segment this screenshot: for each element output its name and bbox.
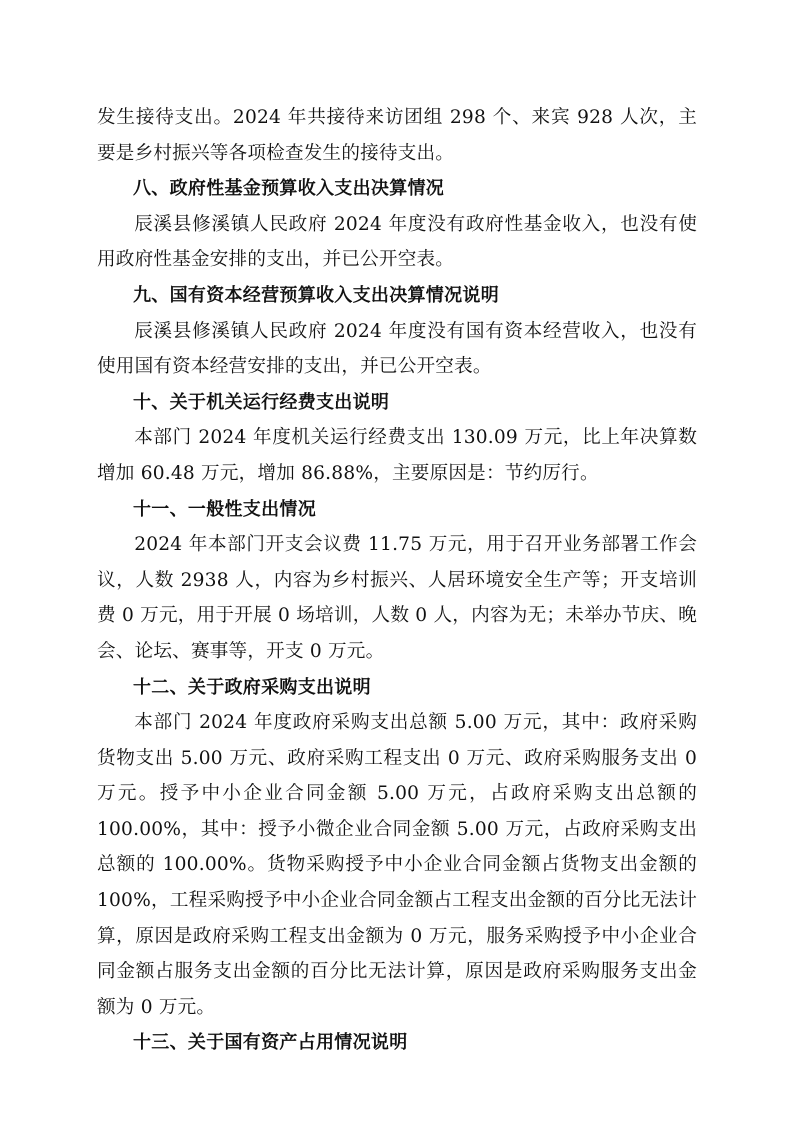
heading-operating-expenses: 十、关于机关运行经费支出说明: [97, 385, 697, 421]
document-page: 发生接待支出。2024 年共接待来访团组 298 个、来宾 928 人次，主要是…: [97, 100, 697, 1061]
paragraph-reception-expenses: 发生接待支出。2024 年共接待来访团组 298 个、来宾 928 人次，主要是…: [97, 100, 697, 171]
heading-general-expenditure: 十一、一般性支出情况: [97, 492, 697, 528]
paragraph-state-capital-budget: 辰溪县修溪镇人民政府 2024 年度没有国有资本经营收入，也没有使用国有资本经营…: [97, 314, 697, 385]
heading-state-assets: 十三、关于国有资产占用情况说明: [97, 1025, 697, 1061]
heading-government-procurement: 十二、关于政府采购支出说明: [97, 670, 697, 706]
heading-state-capital-budget: 九、国有资本经营预算收入支出决算情况说明: [97, 278, 697, 314]
heading-government-fund-budget: 八、政府性基金预算收入支出决算情况: [97, 171, 697, 207]
paragraph-government-procurement: 本部门 2024 年度政府采购支出总额 5.00 万元，其中：政府采购货物支出 …: [97, 705, 697, 1025]
paragraph-government-fund-budget: 辰溪县修溪镇人民政府 2024 年度没有政府性基金收入，也没有使用政府性基金安排…: [97, 207, 697, 278]
paragraph-operating-expenses: 本部门 2024 年度机关运行经费支出 130.09 万元，比上年决算数增加 6…: [97, 420, 697, 491]
paragraph-general-expenditure: 2024 年本部门开支会议费 11.75 万元，用于召开业务部署工作会议，人数 …: [97, 527, 697, 669]
